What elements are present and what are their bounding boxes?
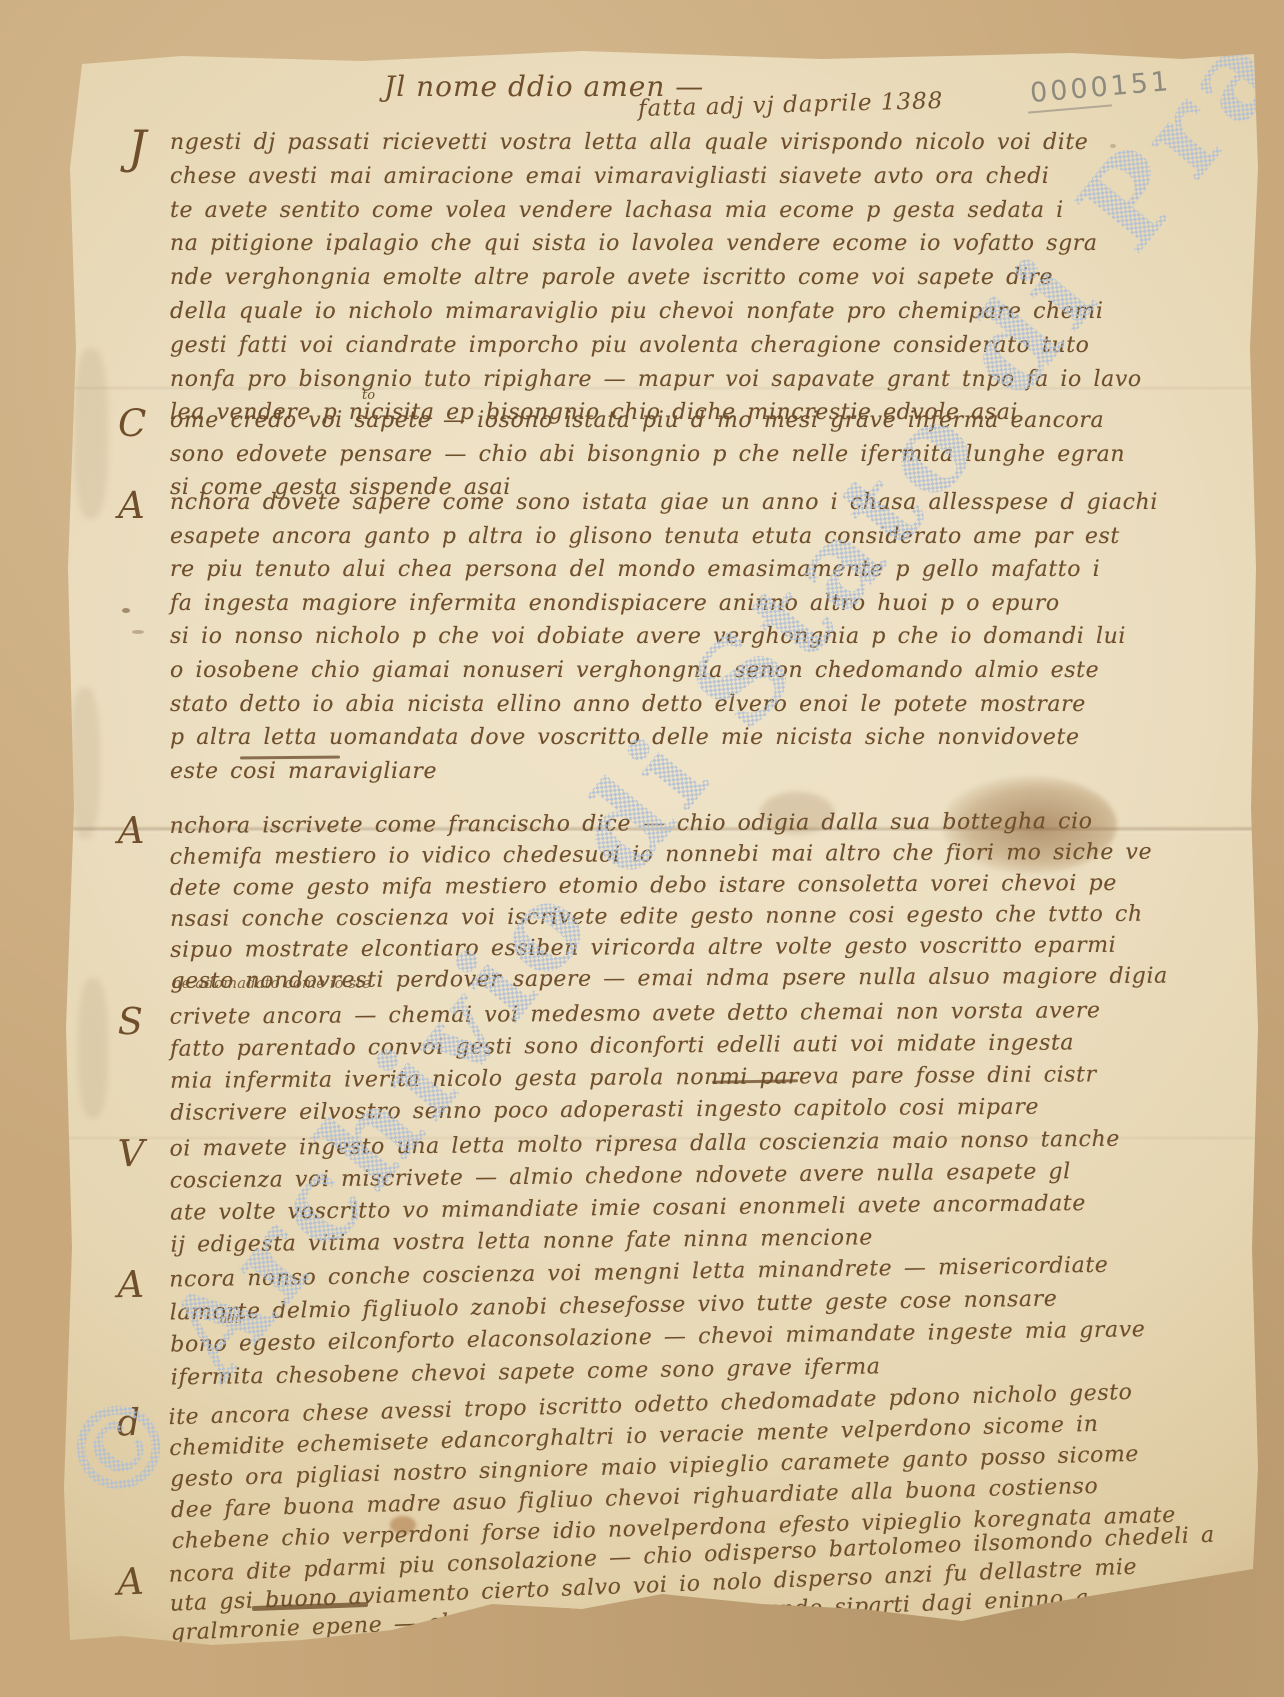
interlinear-addition: ne adomadato come io ste [172,974,371,992]
margin-initial: C [118,402,146,445]
manuscript-line: della quale io nicholo mimaraviglio piu … [170,295,1250,329]
manuscript-body: Jngesti dj passati ricievetti vostra let… [62,48,1260,1646]
manuscript-line: fa ingesta magiore infermita enondispiac… [170,587,1250,621]
margin-initial: A [118,809,145,852]
manuscript-line: este cosi maravigliare [170,755,1250,789]
manuscript-line: nonfa pro bisongnio tuto ripighare — map… [170,363,1250,397]
manuscript-page: Jl nome ddio amen — fatta adj vj daprile… [62,48,1260,1646]
margin-initial: S [118,1000,144,1043]
manuscript-line: gesti fatti voi ciandrate imporcho piu a… [170,329,1250,363]
manuscript-line: chese avesti mai amiracione emai vimarav… [170,160,1250,194]
manuscript-line: p altra letta uomandata dove voscritto d… [170,721,1250,755]
paragraph-1: Jngesti dj passati ricievetti vostra let… [170,126,1250,430]
manuscript-line: te avete sentito come volea vendere lach… [170,194,1250,228]
manuscript-line: esapete ancora ganto p altra io glisono … [170,520,1250,554]
margin-initial: A [117,1263,144,1306]
margin-initial: d [116,1401,141,1445]
paragraph-5: Scrivete ancora — chemai voi medesmo ave… [170,994,1251,1130]
paragraph-3: Anchora dovete sapere come sono istata g… [170,486,1250,788]
manuscript-line: nde verghongnia emolte altre parole avet… [170,261,1250,295]
margin-initial: A [118,484,145,527]
manuscript-line: nchora dovete sapere come sono istata gi… [170,486,1250,520]
paragraph-4: Anchora iscrivete come francischo dice —… [170,805,1251,997]
page-turn-note: volgi [530,1617,577,1641]
paragraph-7: Ancora nonso conche coscienza voi mengni… [169,1248,1251,1395]
margin-initial: A [116,1560,144,1604]
manuscript-line: stato detto io abia nicista ellino anno … [170,688,1250,722]
manuscript-line: sono edovete pensare — chio abi bisongni… [170,438,1250,472]
manuscript-line: ome credo voi sapete — iosono istata piu… [170,404,1250,438]
interlinear-addition: adir [220,1312,244,1326]
margin-initial: J [128,120,146,174]
superscript-correction: to [362,388,375,403]
manuscript-line: re piu tenuto alui chea persona del mond… [170,553,1250,587]
paragraph-6: Voi mavete ingesto una letta molto ripre… [169,1122,1250,1261]
manuscript-line: na pitigione ipalagio che qui sista io l… [170,227,1250,261]
manuscript-line: o iosobene chio giamai nonuseri verghong… [170,654,1250,688]
manuscript-line: ngesti dj passati ricievetti vostra lett… [170,126,1250,160]
scanned-document: { "colors":{ "bg":"#c9a97c", "paper":"#e… [0,0,1284,1697]
manuscript-line: si io nonso nicholo p che voi dobiate av… [170,620,1250,654]
margin-initial: V [117,1132,144,1175]
